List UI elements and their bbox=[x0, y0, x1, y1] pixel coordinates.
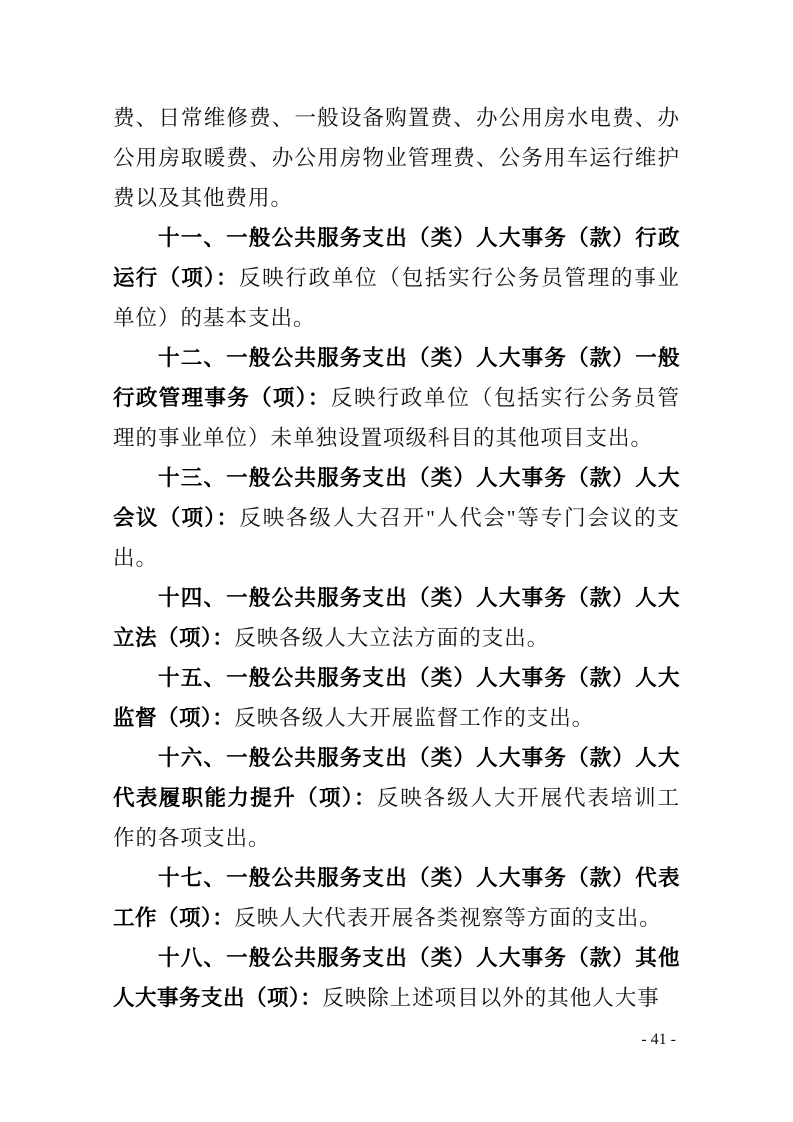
para-continuation: 费、日常维修费、一般设备购置费、办公用房水电费、办公用房取暖费、办公用房物业管理… bbox=[113, 98, 680, 218]
para-14: 十四、一般公共服务支出（类）人大事务（款）人大立法（项）：反映各级人大立法方面的… bbox=[113, 578, 680, 658]
para-15: 十五、一般公共服务支出（类）人大事务（款）人大监督（项）：反映各级人大开展监督工… bbox=[113, 658, 680, 738]
document-body: 费、日常维修费、一般设备购置费、办公用房水电费、办公用房取暖费、办公用房物业管理… bbox=[113, 98, 680, 1018]
para-11: 十一、一般公共服务支出（类）人大事务（款）行政运行（项）：反映行政单位（包括实行… bbox=[113, 218, 680, 338]
para-15-text: 反映各级人大开展监督工作的支出。 bbox=[234, 706, 594, 730]
para-18-text: 反映除上述项目以外的其他人大事 bbox=[322, 986, 660, 1010]
para-16: 十六、一般公共服务支出（类）人大事务（款）人大代表履职能力提升（项）：反映各级人… bbox=[113, 738, 680, 858]
para-14-text: 反映各级人大立法方面的支出。 bbox=[234, 626, 549, 650]
para-18: 十八、一般公共服务支出（类）人大事务（款）其他人大事务支出（项）：反映除上述项目… bbox=[113, 938, 680, 1018]
page-number: - 41 - bbox=[641, 1031, 676, 1048]
para-continuation-text: 费、日常维修费、一般设备购置费、办公用房水电费、办公用房取暖费、办公用房物业管理… bbox=[113, 106, 680, 210]
page-footer: - 41 - bbox=[113, 1030, 676, 1050]
para-13: 十三、一般公共服务支出（类）人大事务（款）人大会议（项）：反映各级人大召开"人代… bbox=[113, 458, 680, 578]
para-17-text: 反映人大代表开展各类视察等方面的支出。 bbox=[234, 906, 662, 930]
document-page: 费、日常维修费、一般设备购置费、办公用房水电费、办公用房取暖费、办公用房物业管理… bbox=[0, 0, 793, 1122]
para-17: 十七、一般公共服务支出（类）人大事务（款）代表工作（项）：反映人大代表开展各类视… bbox=[113, 858, 680, 938]
para-12: 十二、一般公共服务支出（类）人大事务（款）一般行政管理事务（项）：反映行政单位（… bbox=[113, 338, 680, 458]
